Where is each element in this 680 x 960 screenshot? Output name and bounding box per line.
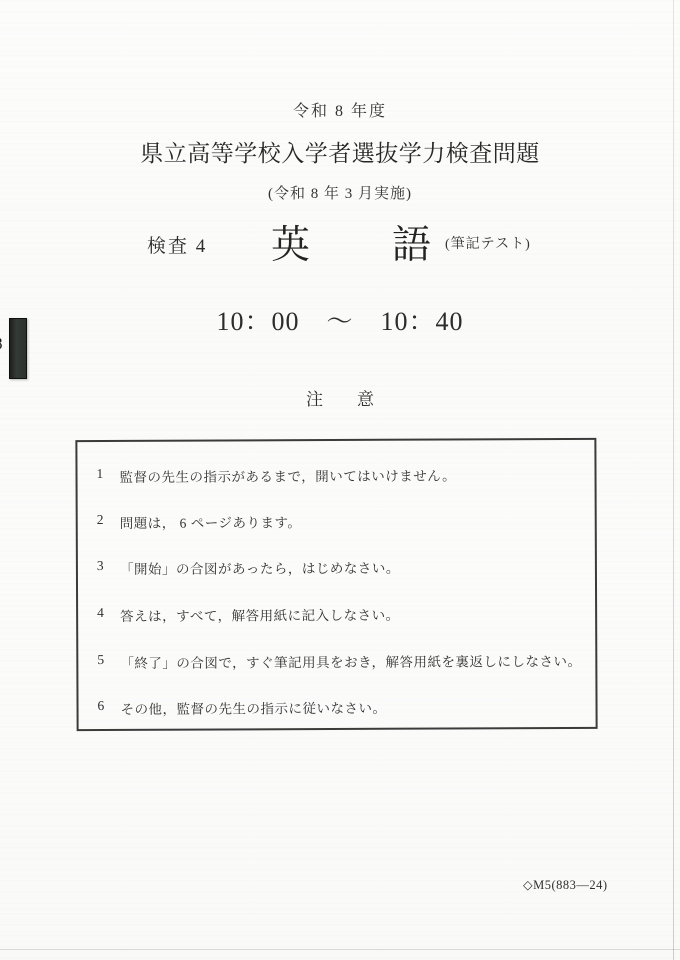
subject-row: 検査 4 英 語 (筆記テスト)	[0, 214, 680, 264]
instruction-text: 問題は， 6 ページあります。	[120, 511, 302, 532]
scan-edge-bottom	[0, 949, 680, 950]
instruction-item: 3 「開始」の合図があったら，はじめなさい。	[78, 556, 595, 558]
instruction-number: 2	[97, 512, 104, 528]
instructions-box: 1 監督の先生の指示があるまで，開いてはいけません。 2 問題は， 6 ページあ…	[75, 438, 597, 731]
instruction-number: 6	[97, 698, 104, 714]
scan-edge-right	[673, 0, 674, 960]
instruction-item: 6 その他，監督の先生の指示に従いなさい。	[78, 696, 595, 698]
exam-title: 県立高等学校入学者選抜学力検査問題	[0, 135, 680, 168]
school-year-line: 令和 8 年度	[0, 98, 680, 121]
instruction-item: 2 問題は， 6 ページあります。	[78, 510, 595, 512]
instruction-text: 「終了」の合図で，すぐ筆記用具をおき，解答用紙を裏返しにしなさい。	[120, 650, 581, 672]
instruction-number: 1	[96, 466, 103, 482]
instruction-item: 4 答えは，すべて，解答用紙に記入しなさい。	[78, 603, 595, 605]
notice-heading: 注 意	[0, 385, 680, 410]
instruction-text: その他，監督の先生の指示に従いなさい。	[120, 697, 386, 718]
instruction-number: 5	[97, 652, 104, 668]
instruction-text: 監督の先生の指示があるまで，開いてはいけません。	[119, 464, 456, 485]
instruction-item: 1 監督の先生の指示があるまで，開いてはいけません。	[77, 464, 594, 466]
subject-name-char-1: 英	[271, 214, 310, 270]
print-code: ◇M5(883—24)	[523, 877, 608, 893]
instruction-item: 5 「終了」の合図で，すぐ筆記用具をおき，解答用紙を裏返しにしなさい。	[78, 650, 595, 652]
instruction-text: 「開始」の合図があったら，はじめなさい。	[120, 557, 400, 578]
exam-cover-page: 8 令和 8 年度 県立高等学校入学者選抜学力検査問題 (令和 8 年 3 月実…	[0, 0, 680, 960]
subject-name-char-2: 語	[392, 214, 431, 270]
instruction-number: 4	[97, 605, 104, 621]
exam-date-subtitle: (令和 8 年 3 月実施)	[0, 182, 680, 203]
exam-number-label: 検査 4	[147, 231, 207, 258]
test-type-label: (筆記テスト)	[445, 233, 531, 253]
instruction-number: 3	[97, 558, 104, 574]
exam-time-range: 10：00 ～ 10：40	[0, 301, 680, 338]
instruction-text: 答えは，すべて，解答用紙に記入しなさい。	[120, 604, 400, 625]
